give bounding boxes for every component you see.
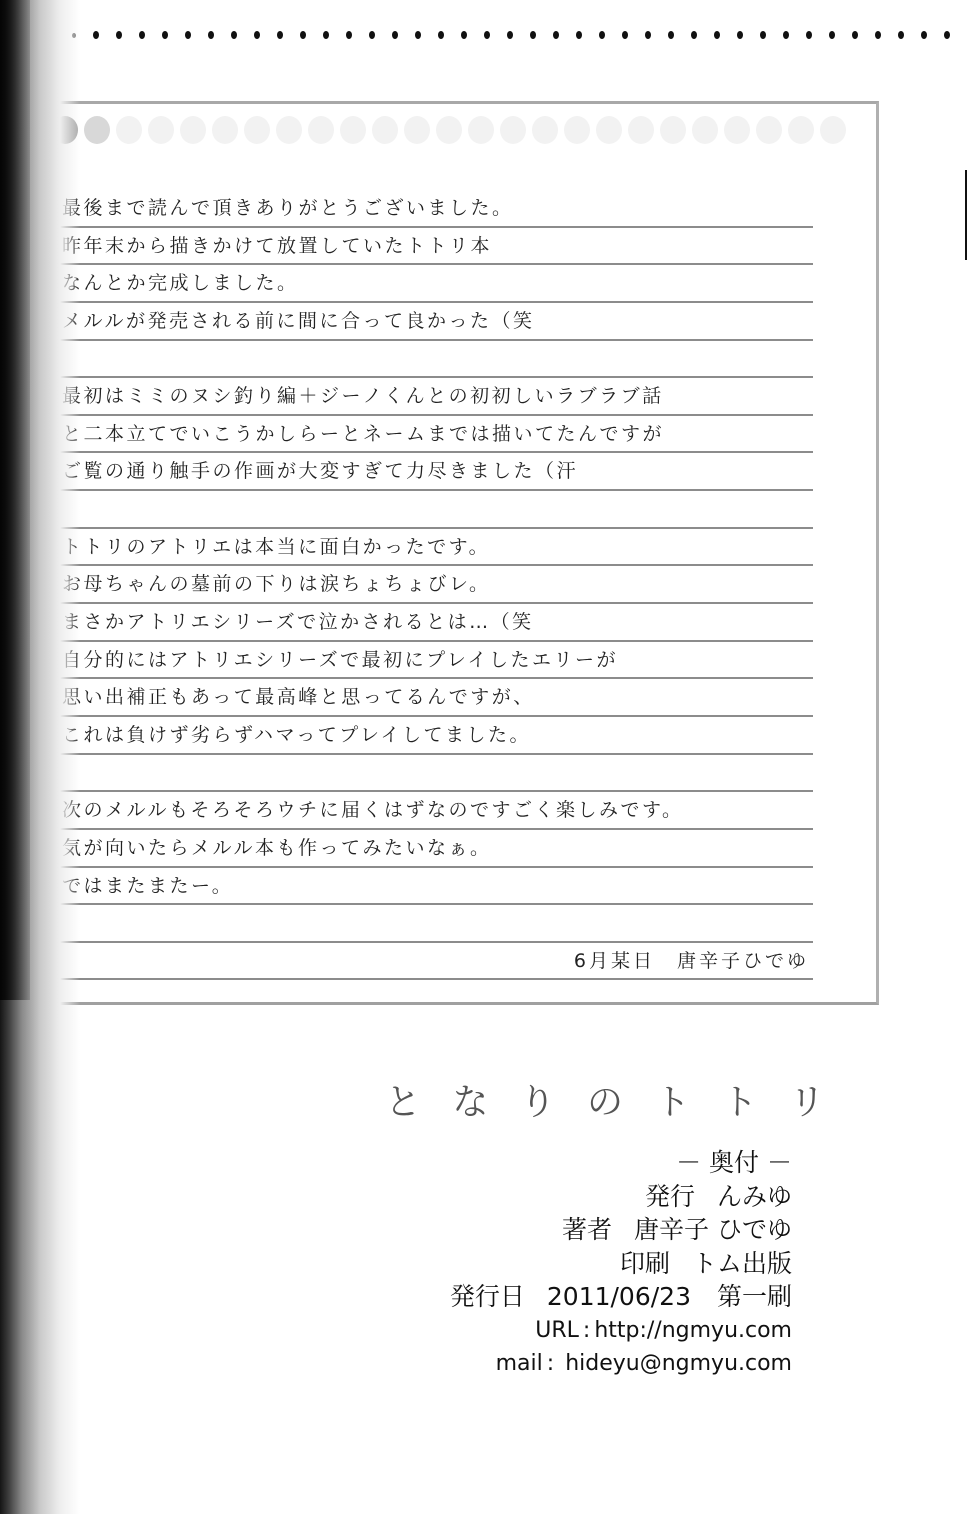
mail-link[interactable]: hideyu@ngmyu.com <box>565 1351 792 1376</box>
ornament-circle <box>724 116 750 144</box>
ornament-circle <box>404 116 430 144</box>
title-char: な <box>452 1074 488 1125</box>
colophon-url: URL:http://ngmyu.com <box>450 1314 792 1347</box>
printer-value: トム出版 <box>692 1249 792 1278</box>
ornament-circle <box>276 116 302 144</box>
ornament-circle <box>596 116 622 144</box>
dot <box>507 31 513 39</box>
colophon-heading: － 奥付 － <box>450 1146 792 1180</box>
dot <box>30 33 34 38</box>
ornament-circle <box>372 116 398 144</box>
date-label: 発行日 <box>450 1282 525 1311</box>
afterword-line: 最初はミミのヌシ釣り編＋ジーノくんとの初初しいラブラブ話 <box>60 378 813 416</box>
dotted-rule <box>30 31 965 39</box>
afterword-line: これは負けず劣らずハマってプレイしてました。 <box>60 717 813 755</box>
afterword-line: 最後まで読んで頂きありがとうございました。 <box>60 190 813 228</box>
afterword-line: メルルが発売される前に間に合って良かった（笑 <box>60 303 813 341</box>
dot <box>829 31 835 39</box>
ornament-circle <box>692 116 718 144</box>
afterword-line: 次のメルルもそろそろウチに届くはずなのですごく楽しみです。 <box>60 792 813 830</box>
dot <box>93 31 99 39</box>
book-title: と な り の ト ト リ <box>385 1074 825 1125</box>
ornament-circle <box>788 116 814 144</box>
ornament-circle <box>84 116 110 144</box>
title-char: ト <box>654 1074 690 1125</box>
title-char: の <box>587 1074 623 1125</box>
afterword-line: ではまたまたー。 <box>60 868 813 906</box>
ornament-circle <box>628 116 654 144</box>
dot <box>714 31 720 39</box>
title-char: り <box>520 1074 556 1125</box>
author-label: 著者 <box>562 1215 612 1244</box>
ornament-circle <box>52 116 78 144</box>
afterword-line: まさかアトリエシリーズで泣かされるとは…（笑 <box>60 604 813 642</box>
afterword-line-blank <box>60 755 813 793</box>
author-value: 唐辛子 ひでゆ <box>634 1215 792 1244</box>
dot <box>622 31 628 39</box>
dot <box>116 31 122 39</box>
dot <box>921 31 927 39</box>
dot <box>852 31 858 39</box>
dot <box>277 31 283 39</box>
ornament-circle <box>308 116 334 144</box>
ornament-circle <box>20 116 46 144</box>
edition-value: 第一刷 <box>717 1282 792 1311</box>
mail-label: mail <box>496 1351 543 1376</box>
ornament-circle <box>116 116 142 144</box>
dot <box>300 31 306 39</box>
dot <box>461 31 467 39</box>
ornament-circle <box>820 116 846 144</box>
dot <box>806 31 812 39</box>
dot <box>599 31 605 39</box>
afterword-line: 昨年末から描きかけて放置していたトトリ本 <box>60 228 813 266</box>
dot <box>162 31 168 39</box>
ornament-circle <box>340 116 366 144</box>
ornament-row <box>20 116 846 144</box>
title-char: リ <box>789 1074 825 1125</box>
ornament-circle <box>660 116 686 144</box>
ornament-circle <box>500 116 526 144</box>
afterword-signature: 6月某日 唐辛子ひでゆ <box>60 943 813 981</box>
afterword-line: 気が向いたらメルル本も作ってみたいなぁ。 <box>60 830 813 868</box>
ornament-circle <box>564 116 590 144</box>
dot <box>484 31 490 39</box>
dot <box>208 31 214 39</box>
dot <box>898 31 904 39</box>
ornament-circle <box>212 116 238 144</box>
colophon-mail: mail: hideyu@ngmyu.com <box>450 1347 792 1380</box>
ornament-circle <box>468 116 494 144</box>
dot <box>944 31 950 39</box>
afterword-line-blank <box>60 491 813 529</box>
ornament-circle <box>148 116 174 144</box>
dot <box>139 31 145 39</box>
afterword-line: 思い出補正もあって最高峰と思ってるんですが、 <box>60 679 813 717</box>
colophon-date: 発行日2011/06/23第一刷 <box>450 1280 792 1314</box>
colophon-publisher: 発行んみゆ <box>450 1180 792 1214</box>
afterword-text: 最後まで読んで頂きありがとうございました。 昨年末から描きかけて放置していたトト… <box>60 190 813 980</box>
dot <box>415 31 421 39</box>
afterword-line-blank <box>60 341 813 379</box>
colophon: － 奥付 － 発行んみゆ 著者唐辛子 ひでゆ 印刷トム出版 発行日2011/06… <box>450 1146 792 1380</box>
dot <box>254 31 260 39</box>
dot <box>72 33 76 38</box>
dot <box>369 31 375 39</box>
date-value: 2011/06/23 <box>547 1282 691 1311</box>
ornament-circle <box>756 116 782 144</box>
dot <box>691 31 697 39</box>
afterword-line: お母ちゃんの墓前の下りは涙ちょちょびレ。 <box>60 566 813 604</box>
title-char: と <box>385 1074 421 1125</box>
publisher-label: 発行 <box>645 1182 695 1211</box>
dot <box>323 31 329 39</box>
dot <box>438 31 444 39</box>
dot <box>392 31 398 39</box>
url-link[interactable]: http://ngmyu.com <box>594 1318 792 1343</box>
dot <box>668 31 674 39</box>
dot <box>783 31 789 39</box>
dot <box>530 31 536 39</box>
dot <box>553 31 559 39</box>
colophon-printer: 印刷トム出版 <box>450 1247 792 1281</box>
dot <box>875 31 881 39</box>
ornament-circle <box>180 116 206 144</box>
ornament-circle <box>532 116 558 144</box>
url-label: URL <box>535 1318 579 1343</box>
afterword-line: トトリのアトリエは本当に面白かったです。 <box>60 529 813 567</box>
afterword-line-blank <box>60 905 813 943</box>
colophon-author: 著者唐辛子 ひでゆ <box>450 1213 792 1247</box>
ornament-circle <box>436 116 462 144</box>
afterword-line: ご覧の通り触手の作画が大変すぎて力尽きました（汗 <box>60 453 813 491</box>
dot <box>737 31 743 39</box>
dot <box>576 31 582 39</box>
afterword-line: なんとか完成しました。 <box>60 265 813 303</box>
dot <box>346 31 352 39</box>
afterword-line: 自分的にはアトリエシリーズで最初にプレイしたエリーが <box>60 642 813 680</box>
afterword-line: と二本立てでいこうかしらーとネームまでは描いてたんですが <box>60 416 813 454</box>
title-char: ト <box>722 1074 758 1125</box>
ornament-circle <box>244 116 270 144</box>
publisher-value: んみゆ <box>717 1182 792 1211</box>
dot <box>51 33 55 38</box>
dot <box>645 31 651 39</box>
dot <box>760 31 766 39</box>
dot <box>185 31 191 39</box>
dot <box>231 31 237 39</box>
printer-label: 印刷 <box>620 1249 670 1278</box>
